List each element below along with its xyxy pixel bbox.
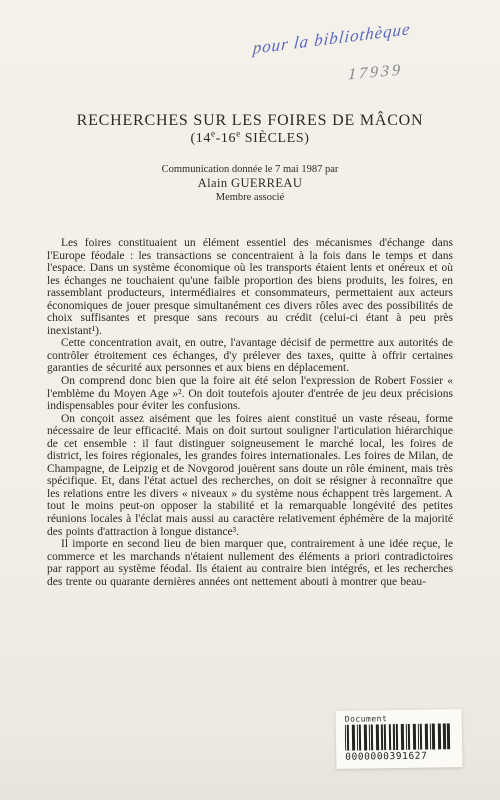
subtitle-part: -16 — [216, 131, 236, 146]
page-title: RECHERCHES SUR LES FOIRES DE MÂCON — [0, 112, 500, 130]
barcode-number: 0000000391627 — [345, 750, 462, 763]
author-name: Alain GUERREAU — [0, 176, 500, 191]
paragraph: On conçoit assez aisément que les foires… — [47, 413, 453, 538]
paragraph: On comprend donc bien que la foire ait é… — [47, 375, 453, 413]
handwritten-pencil-number: 17939 — [348, 62, 404, 85]
subtitle-part: (14 — [191, 131, 211, 146]
paragraph: Cette concentration avait, en outre, l'a… — [47, 337, 453, 375]
handwritten-ink-note: pour la bibliothèque — [252, 9, 492, 59]
author-role: Membre associé — [0, 191, 500, 204]
barcode-bars — [345, 723, 455, 751]
paragraph: Il importe en second lieu de bien marque… — [47, 538, 453, 588]
page-subtitle: (14e-16e SIÈCLES) — [0, 130, 500, 147]
paragraph: Les foires constituaient un élément esse… — [47, 237, 453, 337]
scanned-page: pour la bibliothèque 17939 RECHERCHES SU… — [0, 0, 500, 800]
article-body: Les foires constituaient un élément esse… — [47, 237, 453, 588]
barcode-label-text: Document — [345, 713, 462, 724]
subtitle-part: SIÈCLES) — [241, 131, 310, 146]
library-barcode-sticker: Document 0000000391627 — [336, 709, 463, 769]
communication-byline: Communication donnée le 7 mai 1987 par — [0, 163, 500, 176]
title-block: RECHERCHES SUR LES FOIRES DE MÂCON (14e-… — [0, 112, 500, 204]
